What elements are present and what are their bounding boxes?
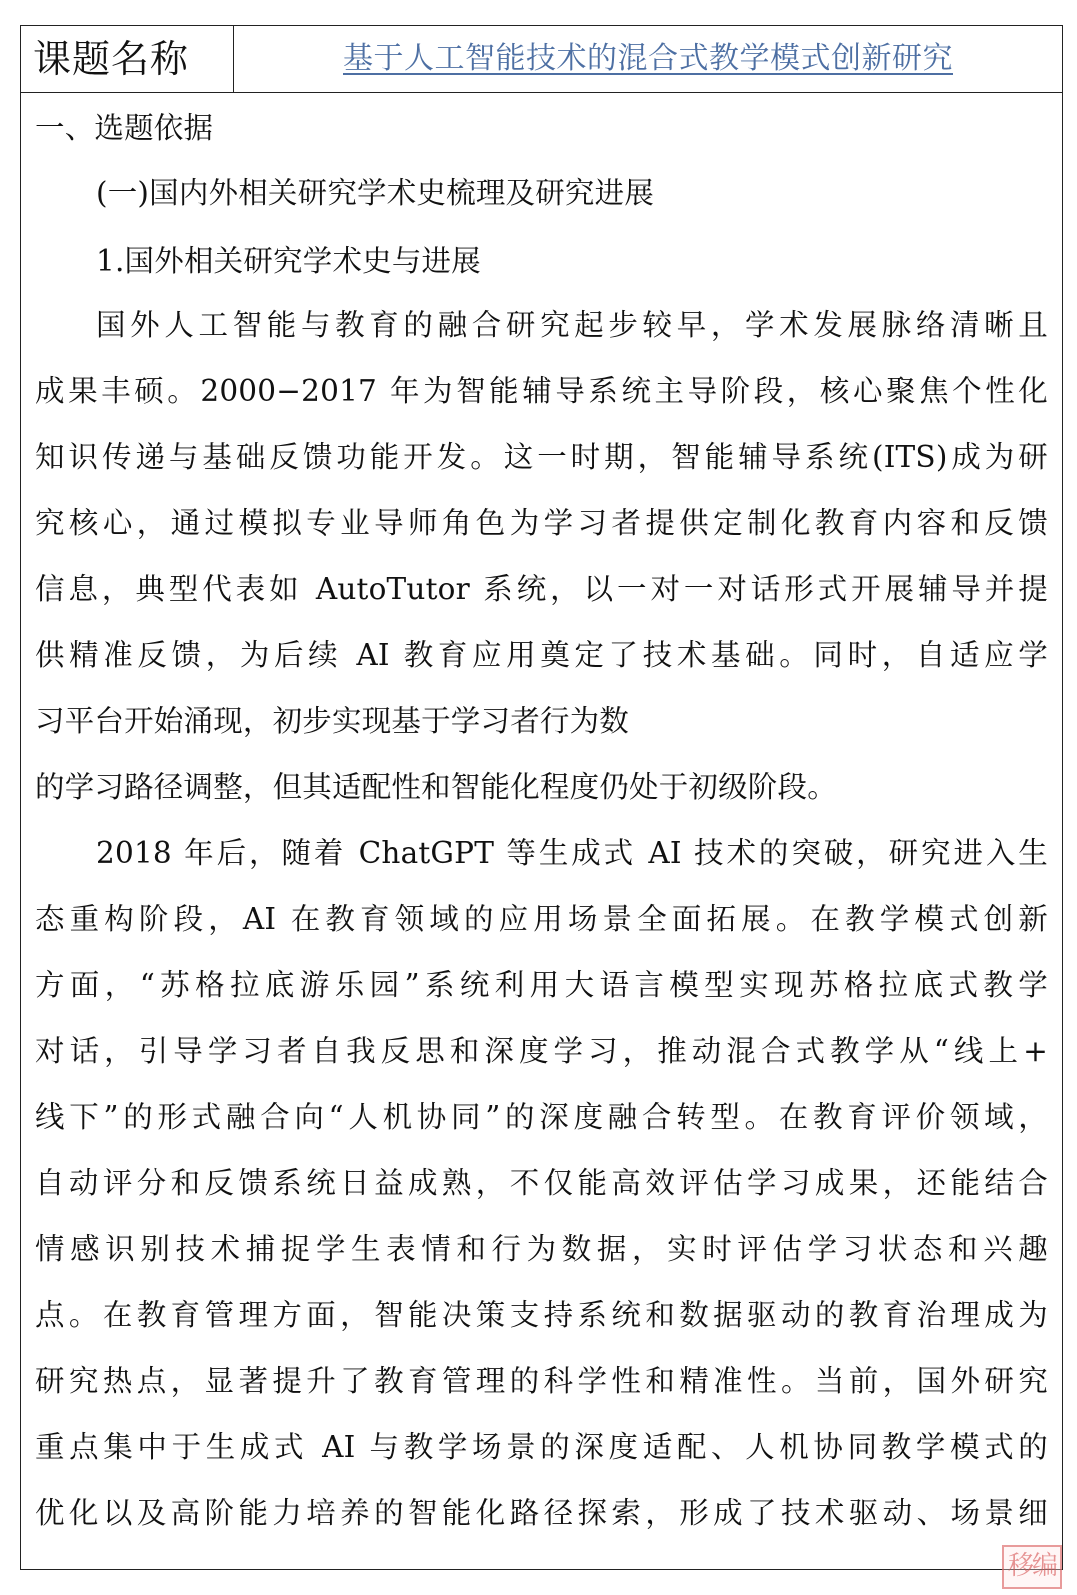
paragraph-line: 成果丰硕。2000−2017 年为智能辅导系统主导阶段，核心聚焦个性化 <box>35 371 1048 411</box>
topic-title-cell: 基于人工智能技术的混合式教学模式创新研究 <box>234 26 1062 92</box>
paragraph-line: 供精准反馈，为后续 AI 教育应用奠定了技术基础。同时，自适应学 <box>35 635 1048 675</box>
paragraph-line: 对话，引导学习者自我反思和深度学习，推动混合式教学从“线上+ <box>35 1031 1048 1071</box>
paragraph-line: 知识传递与基础反馈功能开发。这一时期，智能辅导系统(ITS)成为研 <box>35 437 1048 477</box>
paragraph-line: 态重构阶段，AI 在教育领域的应用场景全面拓展。在教学模式创新 <box>35 899 1048 939</box>
paragraph-line: 重点集中于生成式 AI 与教学场景的深度适配、人机协同教学模式的 <box>35 1427 1048 1467</box>
subsection-heading: (一)国内外相关研究学术史梳理及研究进展 <box>96 173 1048 213</box>
document-table: 课题名称 基于人工智能技术的混合式教学模式创新研究 一、选题依据 (一)国内外相… <box>20 25 1063 1570</box>
body-cell: 一、选题依据 (一)国内外相关研究学术史梳理及研究进展 1.国外相关研究学术史与… <box>21 93 1062 1569</box>
paragraph-line: 点。在教育管理方面，智能决策支持系统和数据驱动的教育治理成为 <box>35 1295 1048 1335</box>
section-heading: 一、选题依据 <box>35 108 1048 148</box>
watermark-stamp-icon: 移编 <box>1002 1545 1062 1589</box>
paragraph-line: 情感识别技术捕捉学生表情和行为数据，实时评估学习状态和兴趣 <box>35 1229 1048 1269</box>
header-row: 课题名称 基于人工智能技术的混合式教学模式创新研究 <box>21 26 1062 93</box>
topic-title-link[interactable]: 基于人工智能技术的混合式教学模式创新研究 <box>343 41 953 76</box>
paragraph-line: 优化以及高阶能力培养的智能化路径探索，形成了技术驱动、场景细 <box>35 1493 1048 1533</box>
paragraph-line: 究核心，通过模拟专业导师角色为学习者提供定制化教育内容和反馈 <box>35 503 1048 543</box>
paragraph-line: 的学习路径调整，但其适配性和智能化程度仍处于初级阶段。 <box>35 767 1048 807</box>
paragraph-line: 国外人工智能与教育的融合研究起步较早，学术发展脉络清晰且 <box>96 305 1048 345</box>
subsubsection-heading: 1.国外相关研究学术史与进展 <box>96 241 1048 281</box>
paragraph-line: 线下”的形式融合向“人机协同”的深度融合转型。在教育评价领域， <box>35 1097 1048 1137</box>
paragraph-line: 方面，“苏格拉底游乐园”系统利用大语言模型实现苏格拉底式教学 <box>35 965 1048 1005</box>
paragraph-line: 信息，典型代表如 AutoTutor 系统，以一对一对话形式开展辅导并提 <box>35 569 1048 609</box>
paragraph-line: 2018 年后，随着 ChatGPT 等生成式 AI 技术的突破，研究进入生 <box>96 833 1048 873</box>
paragraph-line: 研究热点，显著提升了教育管理的科学性和精准性。当前，国外研究 <box>35 1361 1048 1401</box>
topic-name-label: 课题名称 <box>21 26 234 92</box>
paragraph-line: 自动评分和反馈系统日益成熟，不仅能高效评估学习成果，还能结合 <box>35 1163 1048 1203</box>
paragraph-line: 习平台开始涌现，初步实现基于学习者行为数 <box>35 701 1048 741</box>
